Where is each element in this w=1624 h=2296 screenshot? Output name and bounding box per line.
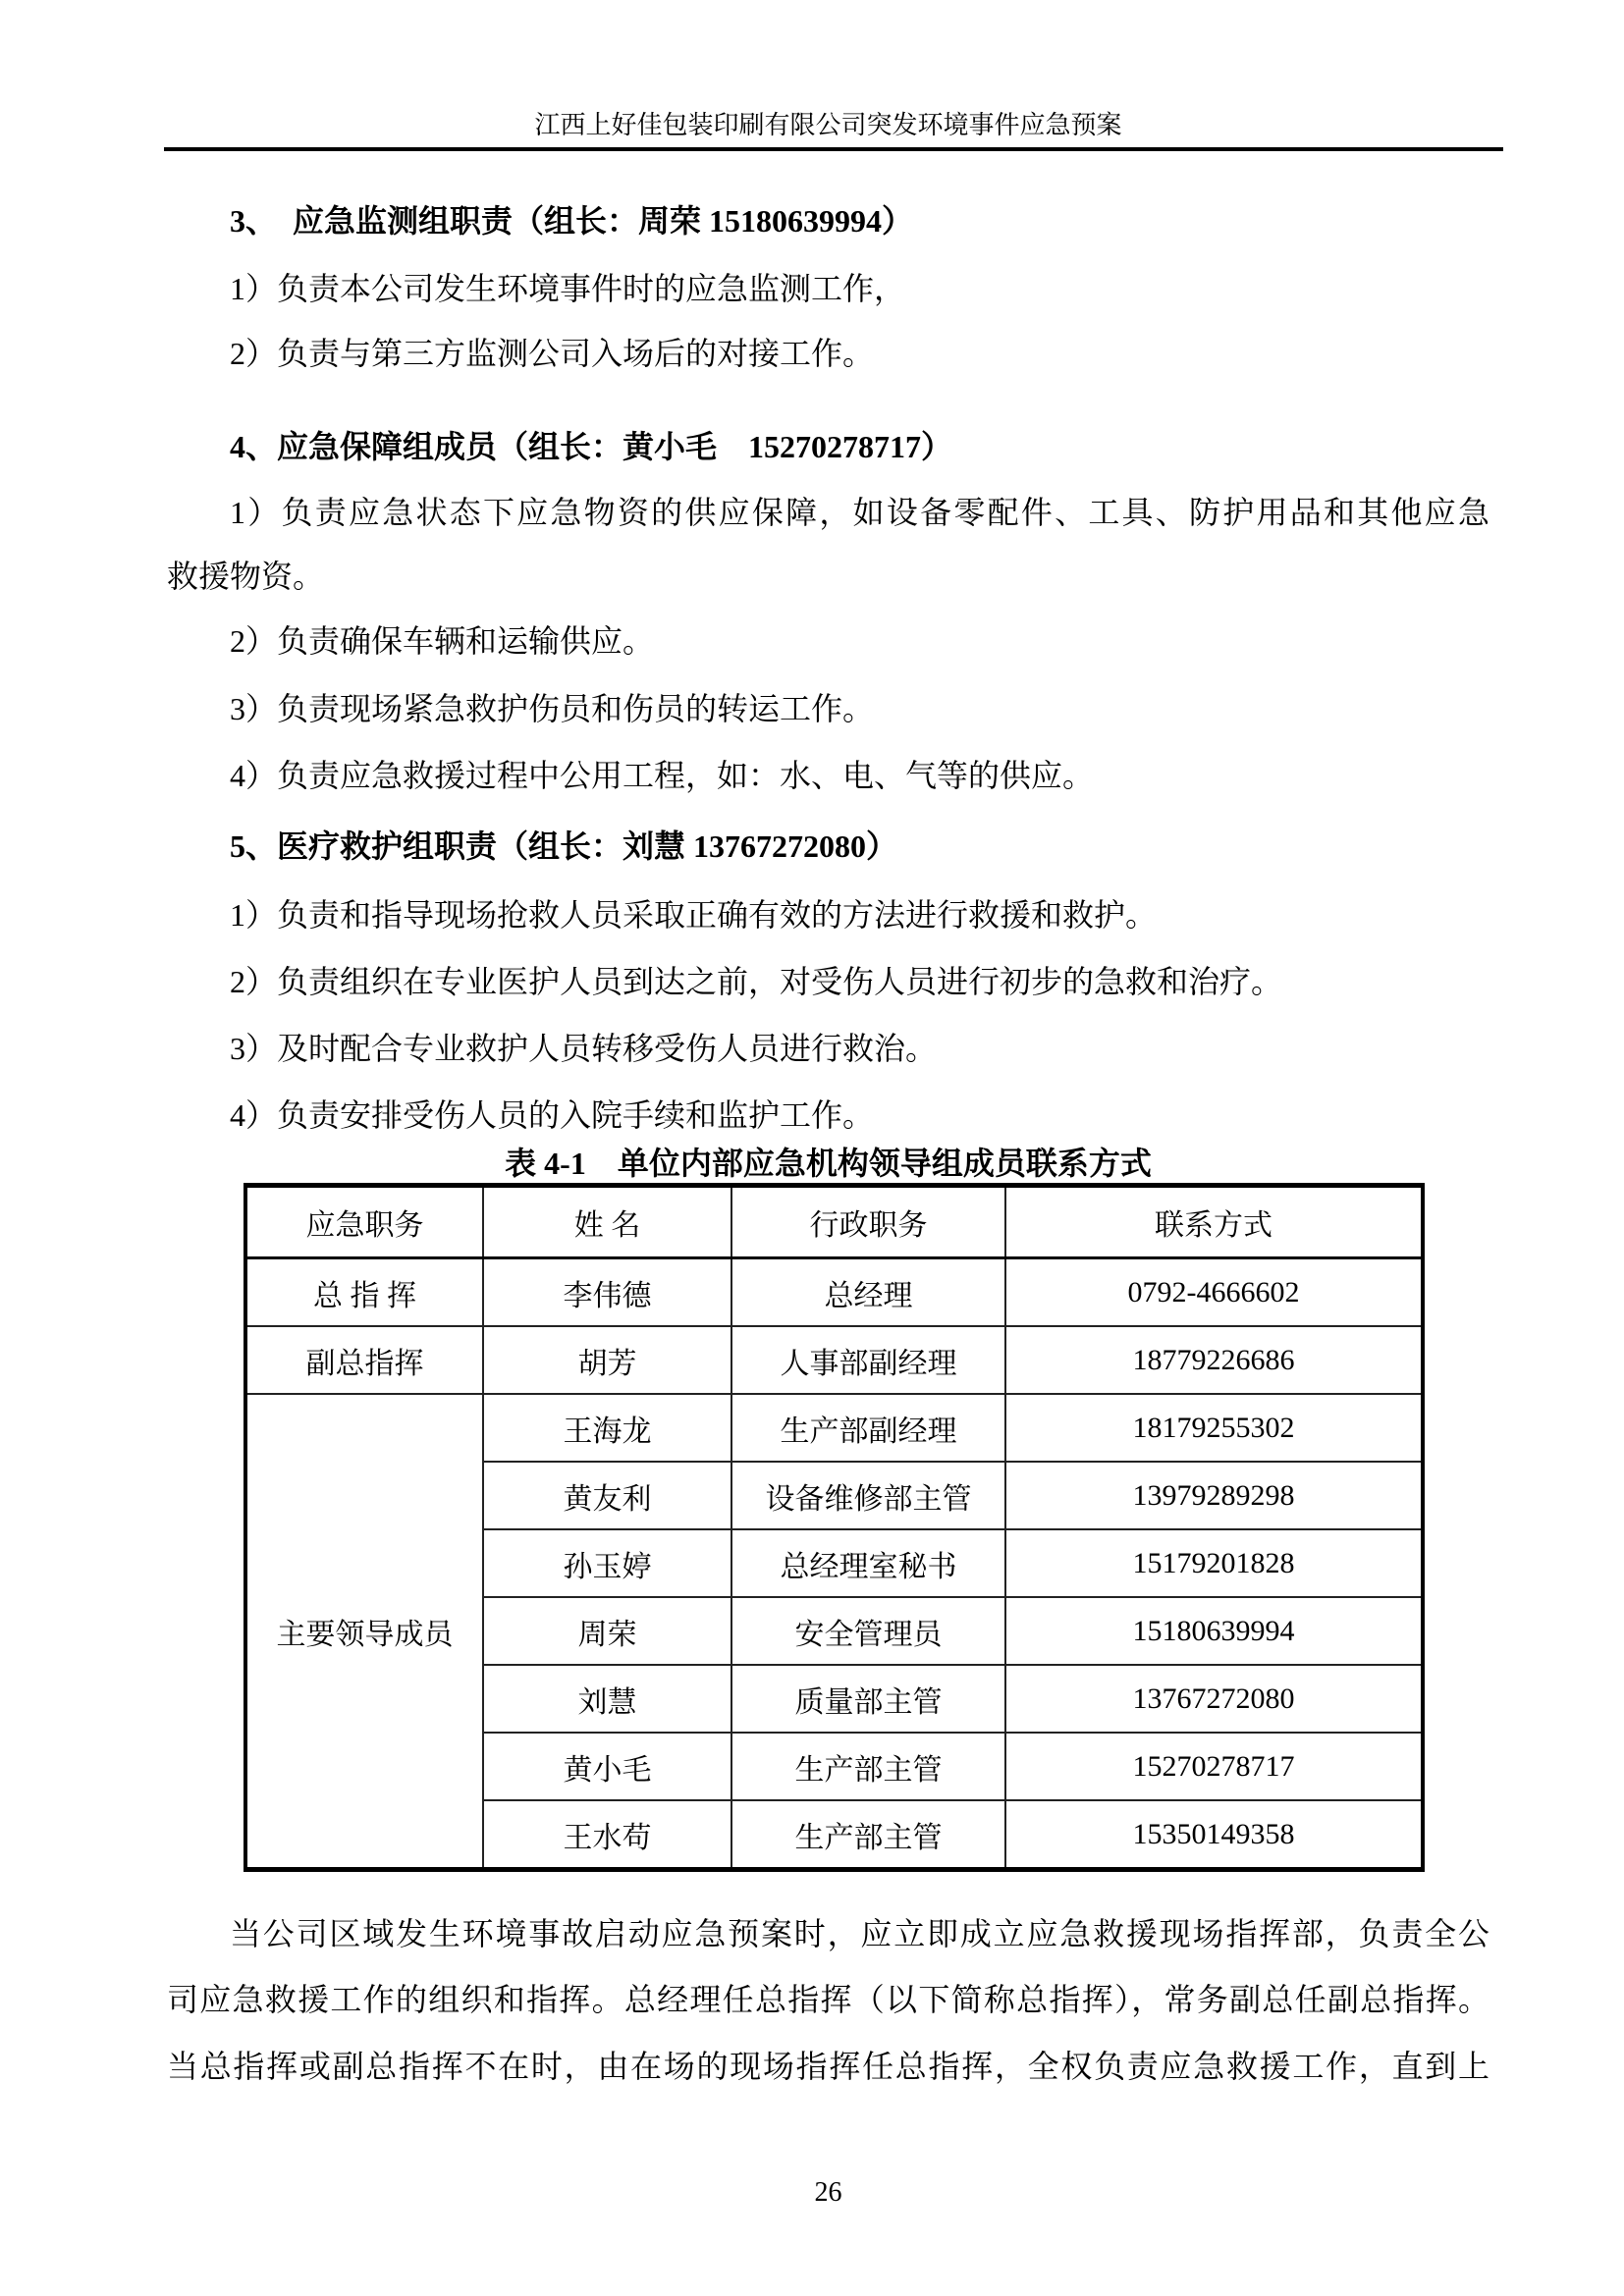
cell-name: 王水苟 — [483, 1800, 731, 1870]
cell-phone: 18179255302 — [1005, 1394, 1423, 1462]
contact-table-container: 应急职务 姓 名 行政职务 联系方式 总 指 挥 李伟德 总经理 0792-46… — [244, 1183, 1421, 1872]
section-4-item-1-line-1: 1）负责应急状态下应急物资的供应保障，如设备零配件、工具、防护用品和其他应急 — [167, 491, 1489, 534]
cell-title: 安全管理员 — [731, 1597, 1005, 1665]
cell-name: 李伟德 — [483, 1258, 731, 1327]
column-header-title: 行政职务 — [731, 1186, 1005, 1258]
cell-name: 黄小毛 — [483, 1733, 731, 1800]
closing-paragraph-line-2: 司应急救援工作的组织和指挥。总经理任总指挥（以下简称总指挥），常务副总任副总指挥… — [167, 1978, 1489, 2021]
page-number: 26 — [167, 2171, 1489, 2215]
table-row: 副总指挥 胡芳 人事部副经理 18779226686 — [245, 1326, 1423, 1394]
section-4-item-1-line-2: 救援物资。 — [167, 555, 1489, 598]
cell-title: 总经理室秘书 — [731, 1529, 1005, 1597]
column-header-name: 姓 名 — [483, 1186, 731, 1258]
cell-title: 生产部主管 — [731, 1800, 1005, 1870]
cell-title: 生产部主管 — [731, 1733, 1005, 1800]
section-4-item-2: 2）负责确保车辆和运输供应。 — [167, 619, 1489, 663]
section-5-item-2: 2）负责组织在专业医护人员到达之前，对受伤人员进行初步的急救和治疗。 — [167, 960, 1489, 1003]
cell-phone: 0792-4666602 — [1005, 1258, 1423, 1327]
header-rule — [164, 147, 1503, 151]
table-caption: 表 4-1 单位内部应急机构领导组成员联系方式 — [167, 1142, 1489, 1185]
table-row: 总 指 挥 李伟德 总经理 0792-4666602 — [245, 1258, 1423, 1327]
section-3-item-2: 2）负责与第三方监测公司入场后的对接工作。 — [167, 332, 1489, 375]
cell-role: 副总指挥 — [245, 1326, 483, 1394]
cell-title: 总经理 — [731, 1258, 1005, 1327]
cell-phone: 15179201828 — [1005, 1529, 1423, 1597]
contact-table: 应急职务 姓 名 行政职务 联系方式 总 指 挥 李伟德 总经理 0792-46… — [244, 1183, 1425, 1872]
cell-phone: 15350149358 — [1005, 1800, 1423, 1870]
section-4-item-4: 4）负责应急救援过程中公用工程，如：水、电、气等的供应。 — [167, 754, 1489, 797]
cell-group-role: 主要领导成员 — [245, 1394, 483, 1870]
cell-phone: 15180639994 — [1005, 1597, 1423, 1665]
cell-title: 人事部副经理 — [731, 1326, 1005, 1394]
cell-name: 王海龙 — [483, 1394, 731, 1462]
cell-role: 总 指 挥 — [245, 1258, 483, 1327]
page-header-title: 江西上好佳包装印刷有限公司突发环境事件应急预案 — [167, 110, 1489, 141]
section-5-item-4: 4）负责安排受伤人员的入院手续和监护工作。 — [167, 1094, 1489, 1137]
cell-name: 黄友利 — [483, 1462, 731, 1529]
cell-phone: 15270278717 — [1005, 1733, 1423, 1800]
column-header-phone: 联系方式 — [1005, 1186, 1423, 1258]
cell-name: 孙玉婷 — [483, 1529, 731, 1597]
table-row: 主要领导成员 王海龙 生产部副经理 18179255302 — [245, 1394, 1423, 1462]
section-5-item-1: 1）负责和指导现场抢救人员采取正确有效的方法进行救援和救护。 — [167, 893, 1489, 936]
closing-paragraph-line-3: 当总指挥或副总指挥不在时，由在场的现场指挥任总指挥，全权负责应急救援工作，直到上 — [167, 2045, 1489, 2088]
cell-title: 设备维修部主管 — [731, 1462, 1005, 1529]
section-4-heading: 4、应急保障组成员（组长：黄小毛 15270278717） — [167, 425, 1489, 468]
cell-phone: 13979289298 — [1005, 1462, 1423, 1529]
section-5-heading: 5、医疗救护组职责（组长：刘慧 13767272080） — [167, 825, 1489, 868]
cell-name: 刘慧 — [483, 1665, 731, 1733]
section-3-heading: 3、 应急监测组职责（组长：周荣 15180639994） — [167, 199, 1489, 242]
cell-name: 胡芳 — [483, 1326, 731, 1394]
cell-name: 周荣 — [483, 1597, 731, 1665]
cell-title: 生产部副经理 — [731, 1394, 1005, 1462]
section-3-item-1: 1）负责本公司发生环境事件时的应急监测工作， — [167, 267, 1489, 310]
closing-paragraph-line-1: 当公司区域发生环境事故启动应急预案时，应立即成立应急救援现场指挥部，负责全公 — [167, 1912, 1489, 1955]
document-page: 江西上好佳包装印刷有限公司突发环境事件应急预案 3、 应急监测组职责（组长：周荣… — [0, 0, 1624, 2296]
section-5-item-3: 3）及时配合专业救护人员转移受伤人员进行救治。 — [167, 1027, 1489, 1070]
column-header-role: 应急职务 — [245, 1186, 483, 1258]
table-header-row: 应急职务 姓 名 行政职务 联系方式 — [245, 1186, 1423, 1258]
section-4-item-3: 3）负责现场紧急救护伤员和伤员的转运工作。 — [167, 687, 1489, 730]
cell-title: 质量部主管 — [731, 1665, 1005, 1733]
cell-phone: 18779226686 — [1005, 1326, 1423, 1394]
cell-phone: 13767272080 — [1005, 1665, 1423, 1733]
